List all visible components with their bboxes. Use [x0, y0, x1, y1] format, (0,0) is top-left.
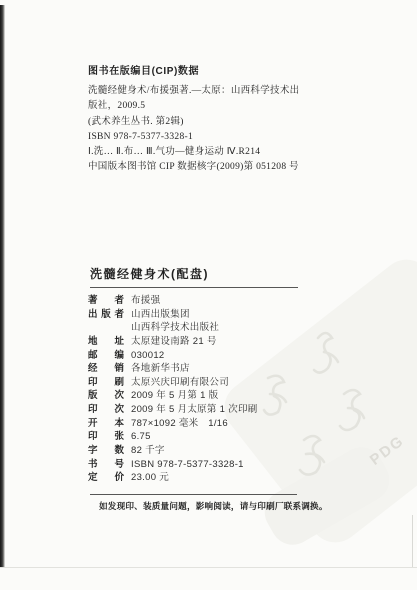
info-value: 030012 — [131, 350, 328, 361]
info-value: 布援强 — [131, 292, 328, 306]
cip-header: 图书在版编目(CIP)数据 — [88, 62, 358, 77]
cip-line: 中国版本图书馆 CIP 数据核字(2009)第 051208 号 — [88, 160, 358, 175]
scan-right-edge-line — [412, 515, 413, 567]
info-value: 太原兴庆印刷有限公司 — [131, 374, 328, 388]
info-value: 太原建设南路 21 号 — [131, 333, 328, 347]
cip-line: ISBN 978-7-5377-3328-1 — [88, 130, 358, 145]
info-row: 版次 2009 年 5 月第 1 版 — [88, 387, 328, 401]
info-value: 2009 年 5 月太原第 1 次印刷 — [131, 401, 328, 415]
info-label: 著者 — [88, 292, 124, 306]
info-label: 字数 — [88, 442, 124, 456]
info-row: 字数 82 千字 — [88, 442, 328, 456]
book-title: 洗髓经健身术(配盘) — [90, 265, 209, 282]
cip-line: 版社，2009.5 — [88, 99, 358, 114]
info-label: 印刷 — [88, 374, 124, 388]
info-value: 各地新华书店 — [131, 360, 328, 374]
info-label: 出版者 — [88, 306, 124, 320]
info-row: 开本 787×1092 毫米 1/16 — [88, 415, 328, 429]
printing-quality-note: 如发现印、装质量问题，影响阅读，请与印刷厂联系调换。 — [99, 500, 328, 512]
info-value: 787×1092 毫米 1/16 — [131, 415, 328, 429]
info-label: 定价 — [88, 469, 124, 483]
info-row: 经销 各地新华书店 — [88, 360, 328, 374]
scan-bottom-edge-line — [0, 567, 417, 568]
info-row: 书号 ISBN 978-7-5377-3328-1 — [88, 456, 328, 470]
info-label: 版次 — [88, 387, 124, 401]
info-row: 印次 2009 年 5 月太原第 1 次印刷 — [88, 401, 328, 415]
cip-line: 洗髓经健身术/布援强著.—太原：山西科学技术出 — [88, 84, 358, 99]
info-value: 6.75 — [131, 431, 328, 442]
publication-info-table: 著者 布援强 出版者 山西出版集团 山西科学技术出版社 地址 太原建设南路 21… — [88, 292, 328, 483]
divider-bottom — [90, 494, 297, 495]
info-value: 2009 年 5 月第 1 版 — [131, 387, 328, 401]
scan-spine-shadow — [0, 5, 5, 568]
info-label: 地址 — [88, 333, 124, 347]
info-row: 定价 23.00 元 — [88, 469, 328, 483]
divider-top — [90, 287, 298, 288]
info-value: 山西出版集团 — [131, 306, 328, 320]
cip-line: (武术养生丛书. 第2辑) — [88, 115, 358, 130]
info-label: 开本 — [88, 415, 124, 429]
cip-block: 图书在版编目(CIP)数据 洗髓经健身术/布援强著.—太原：山西科学技术出 版社… — [88, 62, 358, 176]
info-label: 邮编 — [88, 347, 124, 361]
cip-lines: 洗髓经健身术/布援强著.—太原：山西科学技术出 版社，2009.5 (武术养生丛… — [88, 84, 358, 176]
info-value: 82 千字 — [131, 442, 328, 456]
info-row: 地址 太原建设南路 21 号 — [88, 333, 328, 347]
info-label: 书号 — [88, 456, 124, 470]
info-row: 印刷 太原兴庆印刷有限公司 — [88, 374, 328, 388]
scanned-book-copyright-page: PDG 图书在版编目(CIP)数据 洗髓经健身术/布援强著.—太原：山西科学技术… — [0, 0, 417, 590]
info-row: 著者 布援强 — [88, 292, 328, 306]
info-row: 出版者 山西出版集团 — [88, 306, 328, 320]
info-label: 印张 — [88, 428, 124, 442]
info-label: 经销 — [88, 360, 124, 374]
info-value: ISBN 978-7-5377-3328-1 — [131, 459, 328, 470]
cip-line: Ⅰ.洗… Ⅱ.布… Ⅲ.气功—健身运动 Ⅳ.R214 — [88, 145, 358, 160]
info-row: 山西科学技术出版社 — [88, 319, 328, 333]
info-row: 邮编 030012 — [88, 347, 328, 361]
info-value: 山西科学技术出版社 — [131, 319, 328, 333]
info-row: 印张 6.75 — [88, 428, 328, 442]
info-value: 23.00 元 — [131, 469, 328, 483]
info-label: 印次 — [88, 401, 124, 415]
